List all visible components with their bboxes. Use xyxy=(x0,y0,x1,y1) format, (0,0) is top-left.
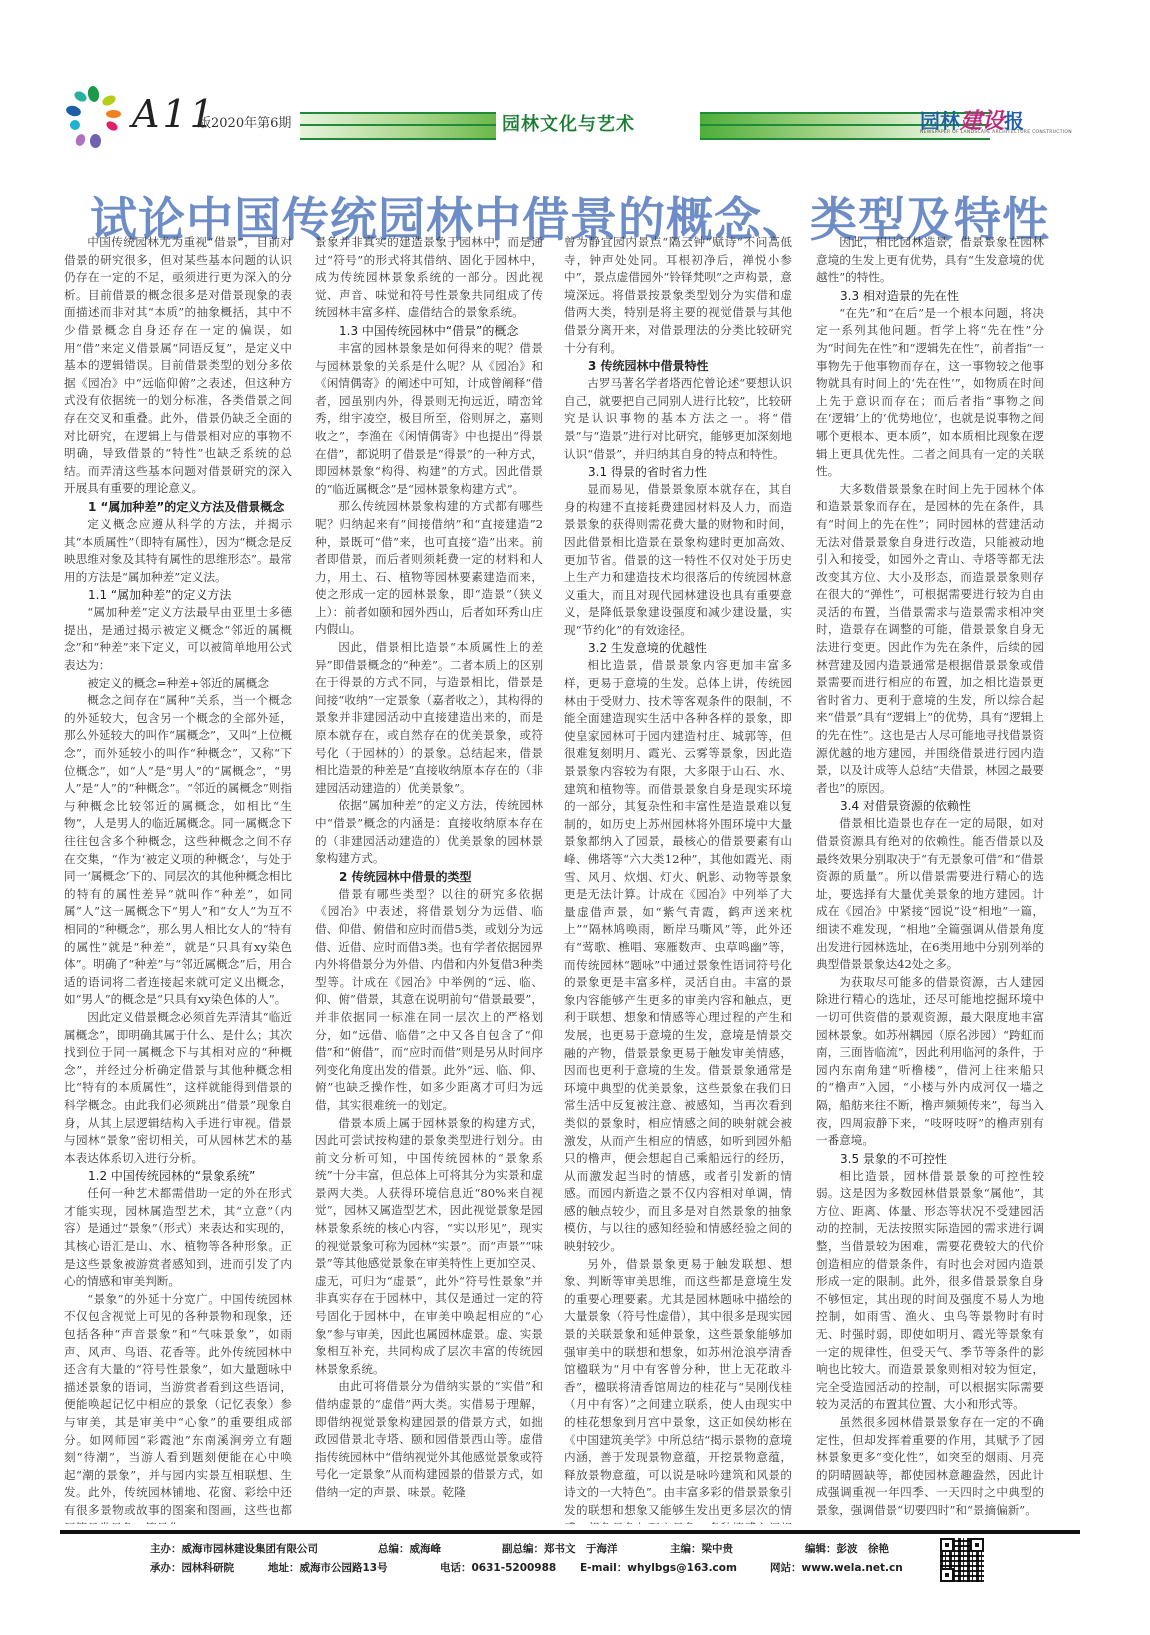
paragraph: 为获取尽可能多的借景资源，古人建园除进行精心的选址，还尽可能地挖掘环境中一切可供… xyxy=(816,974,1044,1150)
paragraph: 因此定义借景概念必须首先弄清其“临近属概念”，即明确其属于什么、是什么；其次找到… xyxy=(64,1009,292,1167)
paragraph: 曾为静宜园内景点“隔云钟”赋诗“不问高低寺，钟声处处同。耳根初净后，禅悦小参中”… xyxy=(564,234,792,357)
column-4: 因此，相比园林造景，借景景象在园林意境的生发上更有优势，具有“生发意境的优越性”… xyxy=(816,234,1044,1524)
subsection-heading: 3.3 相对造景的先在性 xyxy=(816,287,1044,305)
paragraph: 借景本质上属于园林景象的构建方式，因此可尝试按构建的景象类型进行划分。由前文分析… xyxy=(315,1115,543,1379)
section-heading: 1 “属加种差”的定义方法及借景概念 xyxy=(64,498,292,516)
sponsor: 主办：威海市园林建设集团有限公司 xyxy=(150,1541,318,1556)
phone: 电话：0631-5200988 xyxy=(440,1560,556,1575)
paragraph: 依据“属加种差”的定义方法，传统园林中“借景”概念的内涵是：直接收纳原本存在的（… xyxy=(315,797,543,867)
footer-credits: 主办：威海市园林建设集团有限公司 总编：威海峰 副总编：郑书文 于海洋 主编：梁… xyxy=(150,1541,1050,1579)
chief-editor: 总编：威海峰 xyxy=(378,1541,441,1556)
subsection-heading: 1.3 中国传统园林中“借景”的概念 xyxy=(315,322,543,340)
editors: 编辑：彭波 徐艳 xyxy=(805,1541,889,1556)
paragraph: 借景相比造景也存在一定的局限，如对借景资源具有绝对的依赖性。能否借景以及最终效果… xyxy=(816,815,1044,973)
formula: 被定义的概念=种差+邻近的属概念 xyxy=(64,675,292,693)
paragraph: 那么传统园林景象构建的方式都有哪些呢？归纳起来有“间接借纳”和“直接建造”2种，… xyxy=(315,498,543,639)
paragraph: 丰富的园林景象是如何得来的呢？借景与园林景象的关系是什么呢？从《园冶》和《闲情偶… xyxy=(315,340,543,498)
paragraph: 显而易见，借景景象原本就存在，其自身的构建不直接耗费建园材料及人力，而造景景象的… xyxy=(564,481,792,639)
subsection-heading: 1.1 “属加种差”的定义方法 xyxy=(64,586,292,604)
paragraph: 古罗马著名学者塔西佗曾论述“要想认识自己，就要把自己同别人进行比较”，比较研究是… xyxy=(564,375,792,463)
address: 地址：威海市公园路13号 xyxy=(268,1560,388,1575)
decorative-bar-left xyxy=(300,112,496,140)
paragraph: 由此可将借景分为借纳实景的“实借”和借纳虚景的“虚借”两大类。实借易于理解，即借… xyxy=(315,1378,543,1501)
paragraph: 借景有哪些类型？以往的研究多依据《园冶》中表述，将借景划分为远借、临借、仰借、俯… xyxy=(315,886,543,1115)
flower-logo-icon xyxy=(66,86,126,148)
column-3: 曾为静宜园内景点“隔云钟”赋诗“不问高低寺，钟声处处同。耳根初净后，禅悦小参中”… xyxy=(564,234,792,1524)
paragraph: 因此，借景相比造景“本质属性上的差异”即借景概念的“种差”。二者本质上的区别在于… xyxy=(315,639,543,797)
paragraph: “景象”的外延十分宽广。中国传统园林不仅包含视觉上可见的各种景物和现象，还包括各… xyxy=(64,1291,292,1524)
editor-in-chief: 主编：梁中贵 xyxy=(670,1541,733,1556)
paragraph: 相比造景，园林借景景象的可控性较弱。这是因为多数园林借景景象“属他”，其方位、距… xyxy=(816,1168,1044,1414)
paragraph: 任何一种艺术都需借助一定的外在形式才能实现，园林属造型艺术，其“立意”（内容）是… xyxy=(64,1185,292,1291)
section-heading: 3 传统园林中借景特性 xyxy=(564,357,792,375)
logo-subtitle: NEWSPAPER OF LANDSCAPE ARCHITECTURE CONS… xyxy=(920,130,1072,135)
column-2: 景象并非真实的建造景象于园林中，而是通过“符号”的形式将其借纳、固化于园林中，成… xyxy=(315,234,543,1524)
subsection-heading: 1.2 中国传统园林的“景象系统” xyxy=(64,1167,292,1185)
paragraph: 概念之间存在“属种”关系，当一个概念的外延较大，包含另一个概念的全部外延，那么外… xyxy=(64,692,292,1009)
deputy-chief-editor: 副总编：郑书文 于海洋 xyxy=(502,1541,618,1556)
paragraph: 因此，相比园林造景，借景景象在园林意境的生发上更有优势，具有“生发意境的优越性”… xyxy=(816,234,1044,287)
paragraph: 虽然很多园林借景景象存在一定的不确定性，但却发挥着重要的作用，其赋予了园林景象更… xyxy=(816,1414,1044,1520)
paragraph: 定义概念应遵从科学的方法，并揭示其“本质属性”（即特有属性），因为“概念是反映思… xyxy=(64,516,292,586)
qr-code-icon xyxy=(940,1538,984,1582)
footer-divider xyxy=(60,1530,1080,1534)
paragraph: 大多数借景景象在时间上先于园林个体和造景景象而存在，是园林的先在条件，具有“时间… xyxy=(816,481,1044,798)
paragraph: 中国传统园林尤为重视“借景”，目前对借景的研究很多，但对某些基本问题的认识仍存在… xyxy=(64,234,292,498)
paragraph: 另外，借景景象更易于触发联想、想象、判断等审美思维，而这些都是意境生发的重要心理… xyxy=(564,1256,792,1524)
masthead: A11 版2020年第6期 园林文化与艺术 园林建设报 NEWSPAPER OF… xyxy=(60,82,1080,152)
organizer: 承办：园林科研院 xyxy=(150,1560,234,1575)
column-1: 中国传统园林尤为重视“借景”，目前对借景的研究很多，但对某些基本问题的认识仍存在… xyxy=(64,234,292,1524)
subsection-heading: 3.4 对借景资源的依赖性 xyxy=(816,797,1044,815)
paragraph: 相比造景，借景景象内容更加丰富多样，更易于意境的生发。总体上讲，传统园林由于受财… xyxy=(564,657,792,1255)
email-link[interactable]: E-mail：whylbgs@163.com xyxy=(580,1560,737,1575)
subsection-heading: 3.1 得景的省时省力性 xyxy=(564,463,792,481)
paragraph: 景象并非真实的建造景象于园林中，而是通过“符号”的形式将其借纳、固化于园林中，成… xyxy=(315,234,543,322)
issue-label: 版2020年第6期 xyxy=(198,112,291,131)
subsection-heading: 3.5 景象的不可控性 xyxy=(816,1150,1044,1168)
website-link[interactable]: 网站：www.wela.net.cn xyxy=(770,1560,903,1575)
article-body: 中国传统园林尤为重视“借景”，目前对借景的研究很多，但对某些基本问题的认识仍存在… xyxy=(64,234,1064,1524)
section-heading: 2 传统园林中借景的类型 xyxy=(315,868,543,886)
subsection-heading: 3.2 生发意境的优越性 xyxy=(564,639,792,657)
paragraph: “属加种差”定义方法最早由亚里士多德提出，是通过揭示被定义概念“邻近的属概念”和… xyxy=(64,604,292,674)
section-title: 园林文化与艺术 xyxy=(502,110,635,136)
paragraph: “在先”和“在后”是一个根本问题，将决定一系列其他问题。哲学上将“先在性”分为“… xyxy=(816,305,1044,481)
